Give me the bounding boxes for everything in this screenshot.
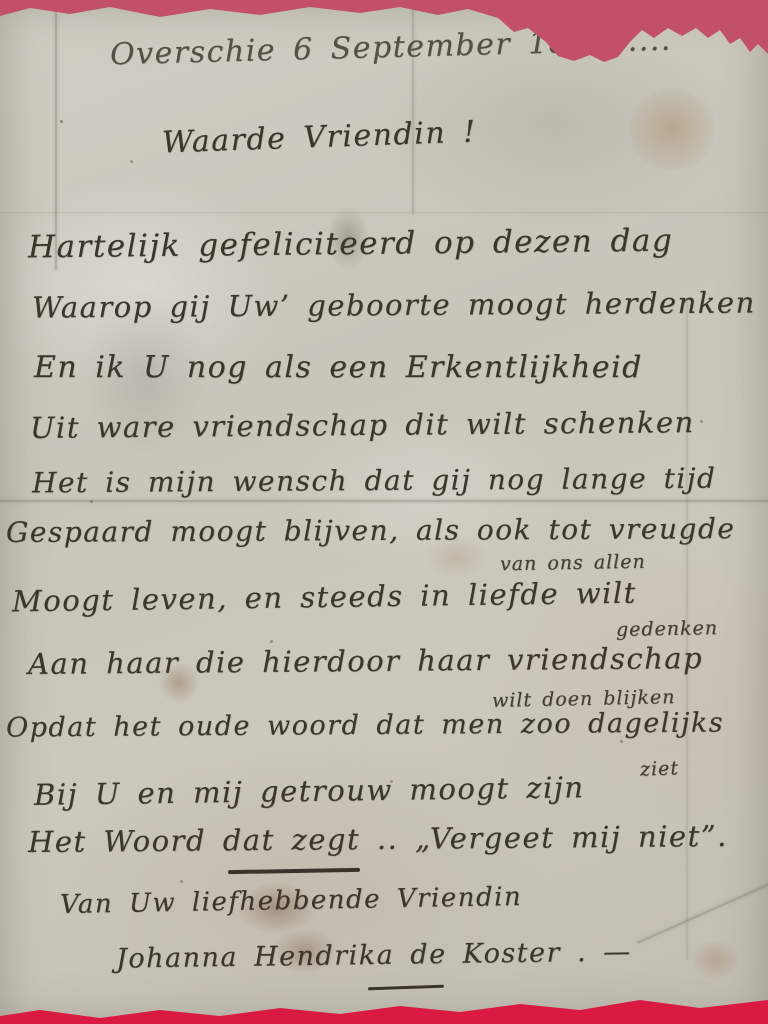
letter-signature: Johanna Hendrika de Koster . — xyxy=(116,936,632,974)
letter-salutation: Waarde Vriendin ! xyxy=(161,115,477,161)
letter-interline-gedenken: gedenken xyxy=(616,617,718,641)
letter-body-line-9: Opdat het oude woord dat men zoo dagelij… xyxy=(6,707,724,743)
crease-horizontal-middle xyxy=(0,500,768,502)
paper-specks xyxy=(60,120,63,123)
letter-closing: Van Uw liefhebbende Vriendin xyxy=(60,882,523,920)
letter-body-line-5: Het is mijn wensch dat gij nog lange tij… xyxy=(32,462,717,500)
letter-interline-van-ons-allen: van ons allen xyxy=(500,551,646,576)
photo-background: Overschie 6 September 1891 .... Waarde V… xyxy=(0,0,768,1024)
letter-body-line-1: Hartelijk gefeliciteerd op dezen dag xyxy=(28,223,674,266)
crease-horizontal-upper xyxy=(0,212,768,213)
letter-body-line-10: Bij U en mij getrouw moogt zijn xyxy=(34,770,585,812)
letter-body-line-8: Aan haar die hierdoor haar vriendschap xyxy=(28,641,703,681)
letter-body-line-2: Waarop gij Uw’ geboorte moogt herdenken xyxy=(32,285,756,324)
letter-body-line-3: En ik U nog als een Erkentlijkheid xyxy=(34,350,643,385)
stain-bottom-right xyxy=(690,940,740,980)
letter-body-line-4: Uit ware vriendschap dit wilt schenken xyxy=(30,405,695,445)
letter-dateline: Overschie 6 September 1891 .... xyxy=(110,23,673,73)
letter-body-line-11: Het Woord dat zegt .. „Vergeet mij niet”… xyxy=(28,819,728,859)
stain-top-right xyxy=(628,88,716,170)
letter-interline-ziet: ziet xyxy=(640,757,680,780)
ink-flourish-underline xyxy=(228,868,360,874)
signature-underline xyxy=(368,985,444,991)
letter-paper: Overschie 6 September 1891 .... Waarde V… xyxy=(0,0,768,1024)
letter-body-line-6: Gespaard moogt blijven, als ook tot vreu… xyxy=(6,512,736,549)
crease-diagonal-bottom-right xyxy=(637,868,768,943)
letter-body-line-7: Moogt leven, en steeds in liefde wilt xyxy=(12,576,637,619)
